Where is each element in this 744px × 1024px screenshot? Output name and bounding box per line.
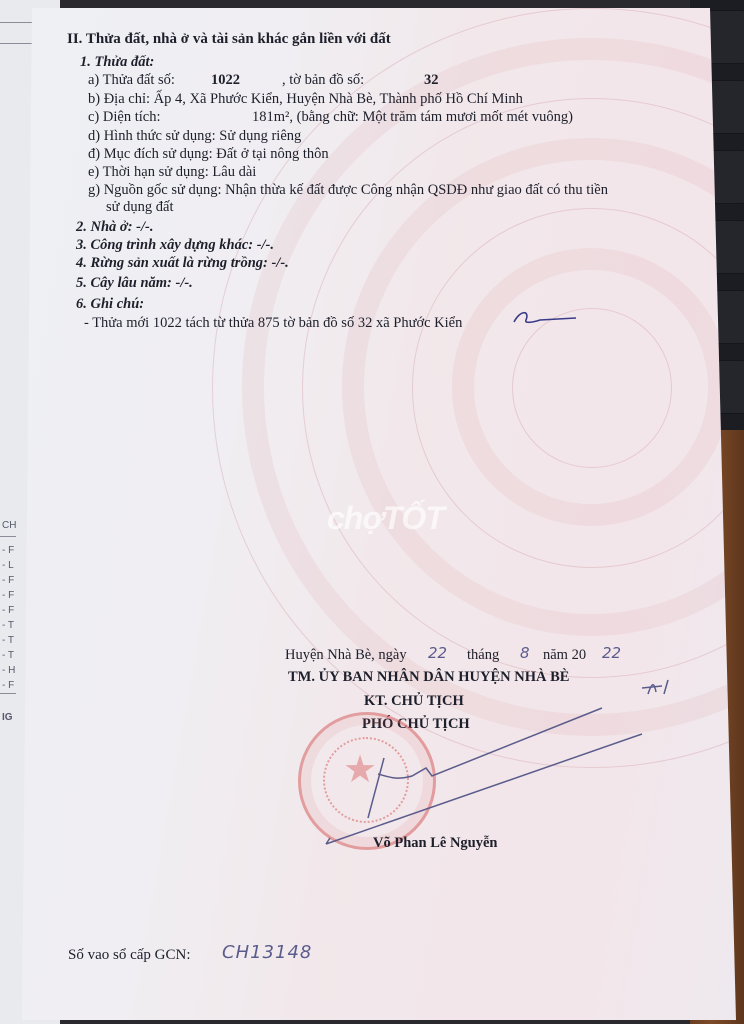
underlying-row: - F (2, 680, 14, 691)
underlying-row: - H (2, 665, 15, 676)
underlying-row: - F (2, 545, 14, 556)
underlying-row: - T (2, 620, 14, 631)
underlying-row: - F (2, 605, 14, 616)
note-item: - Thửa mới 1022 tách từ thửa 875 tờ bản … (84, 316, 462, 331)
other-construction-item: 3. Công trình xây dựng khác: -/-. (76, 238, 274, 253)
underlying-row: - L (2, 560, 14, 571)
area-label: c) Diện tích: (88, 110, 160, 125)
underlying-row: - F (2, 575, 14, 586)
initials-mark-icon (510, 306, 580, 330)
map-sheet-value: 32 (424, 73, 439, 88)
parcel-address: b) Địa chỉ: Ấp 4, Xã Phước Kiển, Huyện N… (88, 92, 523, 107)
divider (0, 536, 16, 537)
registry-number-value: CH13148 (222, 942, 312, 963)
month-label: tháng (467, 648, 499, 663)
usage-origin: g) Nguồn gốc sử dụng: Nhận thừa kế đất đ… (88, 183, 608, 198)
parcel-number-value: 1022 (211, 73, 240, 88)
signer-name: Võ Phan Lê Nguyễn (373, 836, 497, 851)
registry-number-label: Số vao sổ cấp GCN: (68, 948, 191, 963)
usage-term: e) Thời hạn sử dụng: Lâu dài (88, 165, 256, 180)
parcel-heading: 1. Thửa đất: (80, 55, 154, 70)
house-item: 2. Nhà ở: -/-. (76, 220, 153, 235)
land-use-certificate-page: II. Thửa đất, nhà ở và tài sản khác gắn … (22, 8, 736, 1020)
underlying-footer: IG (2, 712, 13, 723)
production-forest-item: 4. Rừng sản xuất là rừng trồng: -/-. (76, 256, 289, 271)
usage-form: d) Hình thức sử dụng: Sử dụng riêng (88, 129, 301, 144)
underlying-row: - T (2, 650, 14, 661)
date-year: 22 (602, 644, 621, 662)
place-date-prefix: Huyện Nhà Bè, ngày (285, 648, 407, 663)
underlying-row: - T (2, 635, 14, 646)
usage-origin-continued: sử dụng đất (106, 200, 173, 215)
year-label: năm 20 (543, 648, 586, 663)
divider (0, 22, 32, 23)
section-title: II. Thửa đất, nhà ở và tài sản khác gắn … (67, 32, 391, 47)
underlying-header: CH (2, 520, 16, 531)
notes-heading: 6. Ghi chú: (76, 297, 144, 312)
usage-purpose: đ) Mục đích sử dụng: Đất ở tại nông thôn (88, 147, 329, 162)
area-value: 181m², (bằng chữ: Một trăm tám mươi mốt … (252, 110, 573, 125)
parcel-number-label: a) Thửa đất số: (88, 73, 175, 88)
divider (0, 43, 32, 44)
perennial-trees-item: 5. Cây lâu năm: -/-. (76, 276, 193, 291)
divider (0, 693, 16, 694)
underlying-row: - F (2, 590, 14, 601)
chotot-watermark-logo: chợTỐT (327, 500, 444, 537)
date-day: 22 (428, 644, 447, 662)
date-month: 8 (520, 644, 530, 662)
signature-icon (302, 668, 702, 868)
map-sheet-label: , tờ bản đồ số: (282, 73, 364, 88)
